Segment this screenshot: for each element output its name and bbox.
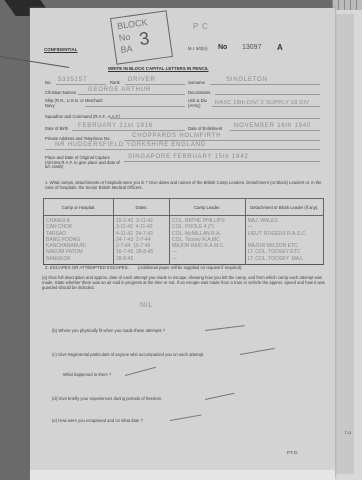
detachment-leader-cell: MAJ. WALES — LIEUT. ROGERS R.A.S.C. MAJO… — [245, 216, 323, 265]
address-line1: CHOPPARDS HOLMFIRTH — [132, 133, 221, 139]
field-line — [85, 106, 185, 107]
field-line — [210, 84, 320, 85]
camps-cell: CHANGI A CAN CHOK TARSAO BANG POONG KANC… — [44, 216, 114, 265]
surname-value: SINGLETON — [226, 77, 268, 83]
field-line — [78, 94, 185, 95]
form-number: 13097 — [242, 44, 261, 51]
col-camp: Camp or Hospital. — [44, 199, 114, 216]
stamp-number: 3 — [138, 28, 151, 50]
service-number-value: 5335157 — [58, 77, 87, 83]
section2-note: (Additional paper will be supplied on re… — [138, 265, 243, 270]
table-row: CHANGI A CAN CHOK TARSAO BANG POONG KANC… — [44, 216, 324, 265]
field-line — [45, 149, 320, 150]
form-ref: M.I. 9/3(A) — [188, 46, 208, 51]
col-dates: Dates. — [114, 199, 170, 216]
pto-back-label: T.O. — [345, 430, 352, 435]
question-2d: (d) Give briefly your experiences during… — [52, 396, 162, 401]
field-line — [110, 118, 320, 119]
question-2b: (b) Where you physically fit when you ma… — [52, 328, 165, 333]
no-label: No — [218, 44, 227, 51]
answer-2a: NIL — [140, 302, 153, 309]
christian-names-value: GEORGE ARTHUR — [88, 87, 151, 93]
instruction-heading: WRITE IN BLOCK CAPITAL LETTERS IN PENCIL — [108, 66, 209, 71]
address-label: Private Address and Telephone No. — [45, 136, 111, 141]
dob-value: FEBRUARY 21st 1916 — [78, 123, 153, 129]
field-line — [215, 94, 320, 95]
section2-title: 2. ESCAPES OR ATTEMPTED ESCAPES. — [45, 265, 129, 270]
field-line — [124, 140, 320, 141]
question-2c: (c) Give Regimental particulars of anyon… — [52, 352, 204, 357]
christian-names-label: Christian Names — [45, 90, 76, 95]
enlistment-value: NOVEMBER 16th 1940 — [234, 123, 311, 129]
camp-leader-cell: COL. BATHE PHILLIPS COL. POOLE 4 (?) COL… — [170, 216, 246, 265]
confidential-label: CONFIDENTIAL — [44, 47, 78, 52]
rank-label: Rank — [110, 80, 120, 85]
field-line — [230, 130, 320, 131]
field-line — [124, 161, 320, 162]
stamp-line3: BA — [120, 43, 133, 55]
dob-label: Date of Birth — [45, 126, 68, 131]
folder-page-stack — [336, 14, 354, 474]
camps-table: Camp or Hospital. Dates. Camp Leader. De… — [43, 198, 324, 265]
pto-label: P.T.O. — [287, 450, 298, 455]
question-2c-followup: What happened to them ? — [63, 372, 111, 377]
rank-value: DRIVER — [128, 77, 155, 83]
capture-value: SINGAPORE FEBRUARY 15th 1942 — [128, 154, 249, 160]
question-2e: (e) How were you recaptured and on what … — [52, 418, 143, 423]
form-suffix: A — [277, 43, 283, 52]
field-line — [56, 84, 106, 85]
capture-label: Place and Date of Original Capture (Airc… — [45, 156, 121, 170]
decorations-label: Decorations — [188, 90, 210, 95]
col-camp-leader: Camp Leader. — [170, 199, 246, 216]
field-line — [72, 130, 185, 131]
enlistment-label: Date of Enlistment — [188, 126, 222, 131]
section1-question: 1. What camps, detachments or hospitals … — [45, 180, 327, 190]
stamp-line2: No — [118, 32, 131, 44]
field-line — [212, 106, 320, 107]
page-bottom-edge — [30, 470, 335, 480]
field-line — [125, 84, 185, 85]
question-2a: (a) Give full description and approx. da… — [42, 275, 327, 290]
pencil-mark: P C — [193, 22, 209, 31]
dates-cell: 15-2-42 3-11-42 3-11-42 4-11-42 4-11-42 … — [114, 216, 170, 265]
col-detachment-leader: Detachment or Block Leader (if any). — [245, 199, 323, 216]
block-stamp: BLOCK No BA 3 — [110, 10, 173, 64]
address-line2: NR HUDDERSFIELD YORKSHIRE ENGLAND — [55, 142, 206, 148]
no-label: No. — [45, 80, 52, 85]
surname-label: Surname — [188, 80, 205, 85]
